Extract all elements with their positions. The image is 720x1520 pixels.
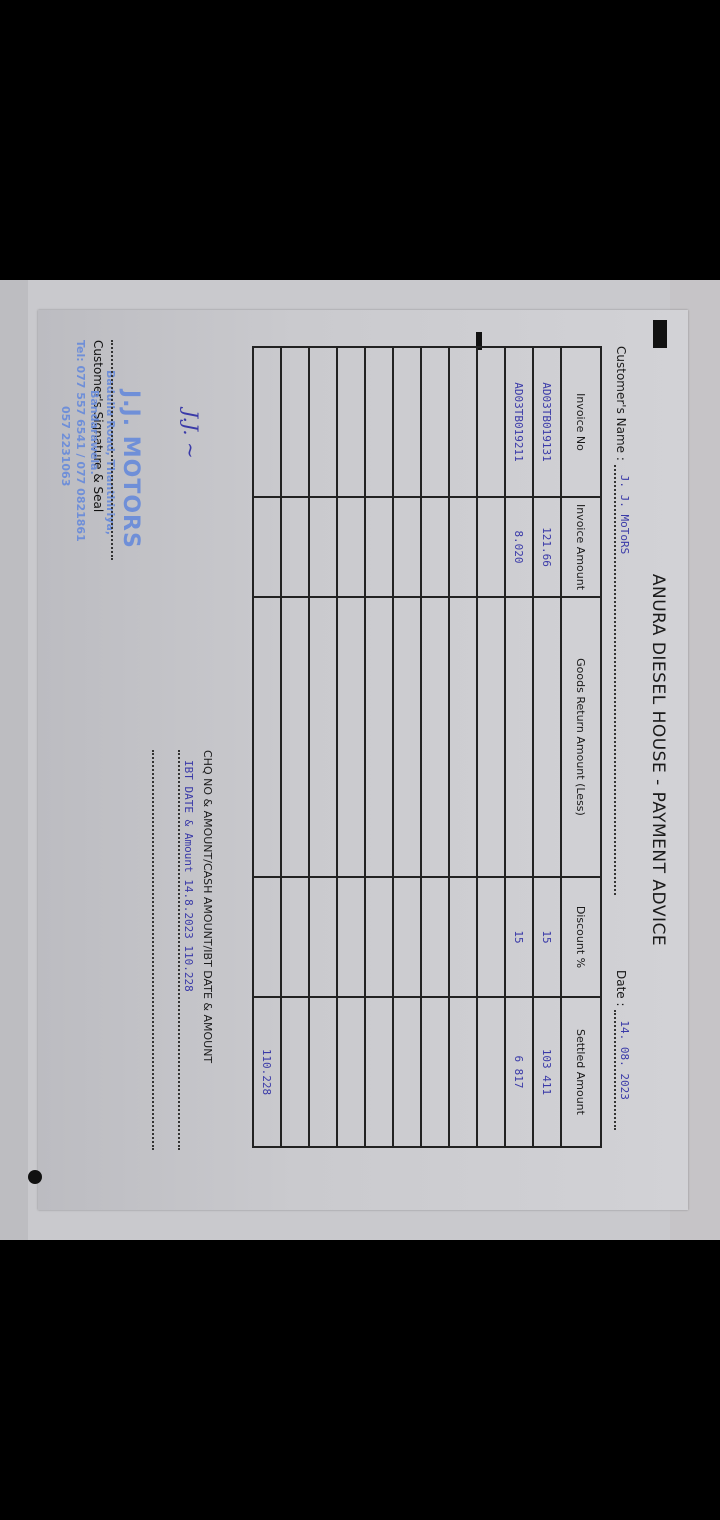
document-title: ANURA DIESEL HOUSE - PAYMENT ADVICE <box>648 310 668 1210</box>
document-photo: ANURA DIESEL HOUSE - PAYMENT ADVICE Cust… <box>0 280 720 1240</box>
table-cell <box>477 997 505 1147</box>
background-paper-left <box>0 280 28 1240</box>
header-invoice-no: Invoice No <box>561 347 601 497</box>
table-cell <box>449 497 477 597</box>
signature-line <box>111 340 113 560</box>
table-cell <box>477 497 505 597</box>
table-row <box>393 347 421 1147</box>
document-content: ANURA DIESEL HOUSE - PAYMENT ADVICE Cust… <box>38 310 688 1210</box>
table-cell <box>421 997 449 1147</box>
customer-name-row: Customer's Name : J. J. MoToRS <box>614 346 628 895</box>
table-cell: 8.020 <box>505 497 533 597</box>
table-cell <box>393 997 421 1147</box>
header-invoice-amount: Invoice Amount <box>561 497 601 597</box>
table-cell <box>337 497 365 597</box>
table-cell: 6 817 <box>505 997 533 1147</box>
table-cell <box>449 347 477 497</box>
table-cell <box>393 347 421 497</box>
payment-line-2 <box>152 750 168 1150</box>
table-cell <box>449 997 477 1147</box>
payment-line-1-value: IBT DATE & Amount 14.8.2023 110.228 <box>182 760 195 992</box>
table-cell <box>365 997 393 1147</box>
table-header-row: Invoice No Invoice Amount Goods Return A… <box>561 347 601 1147</box>
date-row: Date : 14. 08. 2023 <box>614 970 628 1130</box>
table-row: AD03TB0192118.020156 817 <box>505 347 533 1147</box>
table-cell <box>365 347 393 497</box>
header-discount: Discount % <box>561 877 601 997</box>
table-row <box>365 347 393 1147</box>
table-cell <box>337 347 365 497</box>
table-cell <box>253 347 281 497</box>
table-row <box>337 347 365 1147</box>
table-cell <box>477 597 505 877</box>
payment-line-1: IBT DATE & Amount 14.8.2023 110.228 <box>178 750 194 1150</box>
table-row: AD03TB019131121.6615103 411 <box>533 347 561 1147</box>
table-cell <box>477 347 505 497</box>
table-cell <box>421 877 449 997</box>
date-field: 14. 08. 2023 <box>614 1010 628 1130</box>
table-cell <box>337 597 365 877</box>
table-cell <box>281 497 309 597</box>
table-cell <box>309 347 337 497</box>
table-cell <box>393 597 421 877</box>
header-settled-amount: Settled Amount <box>561 997 601 1147</box>
table-cell: 103 411 <box>533 997 561 1147</box>
table-cell <box>477 877 505 997</box>
payment-advice-sheet: ANURA DIESEL HOUSE - PAYMENT ADVICE Cust… <box>38 310 688 1210</box>
table-cell <box>281 597 309 877</box>
table-cell <box>365 877 393 997</box>
signature-block: J.J. ~ J.J. MOTORS Badulla Road, Thanthi… <box>53 340 213 640</box>
table-cell: 15 <box>533 877 561 997</box>
total-settled-amount: 110.228 <box>253 997 281 1147</box>
table-cell <box>365 497 393 597</box>
table-cell: AD03TB019211 <box>505 347 533 497</box>
stamp-address-2: Bandarawela. <box>88 390 101 475</box>
table-cell <box>449 597 477 877</box>
date-value: 14. 08. 2023 <box>618 1020 631 1099</box>
table-cell <box>421 597 449 877</box>
table-row <box>477 347 505 1147</box>
table-cell <box>337 997 365 1147</box>
payment-method-label: CHQ NO & AMOUNT/CASH AMOUNT/IBT DATE & A… <box>201 750 214 1063</box>
customer-name-label: Customer's Name : <box>614 346 628 461</box>
table-cell <box>309 877 337 997</box>
date-label: Date : <box>614 970 628 1007</box>
customer-name-field: J. J. MoToRS <box>614 465 628 895</box>
table-row <box>281 347 309 1147</box>
handwritten-signature: J.J. ~ <box>179 410 203 459</box>
table-cell <box>393 497 421 597</box>
table-cell <box>281 877 309 997</box>
table-cell <box>393 877 421 997</box>
table-cell <box>281 347 309 497</box>
table-cell: 15 <box>505 877 533 997</box>
table-row <box>449 347 477 1147</box>
stamp-telephone-2: 057 2231063 <box>59 406 72 486</box>
table-cell <box>253 877 281 997</box>
table-row <box>421 347 449 1147</box>
table-cell <box>533 597 561 877</box>
stamp-name: J.J. MOTORS <box>118 390 143 549</box>
customer-name-value: J. J. MoToRS <box>618 475 631 554</box>
table-cell: 121.66 <box>533 497 561 597</box>
table-cell <box>309 597 337 877</box>
table-cell <box>421 497 449 597</box>
table-row: 110.228 <box>253 347 281 1147</box>
table-cell <box>337 877 365 997</box>
table-row <box>309 347 337 1147</box>
table-cell <box>309 997 337 1147</box>
table-cell <box>281 997 309 1147</box>
table-cell: AD03TB019131 <box>533 347 561 497</box>
header-goods-return: Goods Return Amount (Less) <box>561 597 601 877</box>
table-cell <box>365 597 393 877</box>
table-cell <box>253 597 281 877</box>
table-cell <box>505 597 533 877</box>
table-cell <box>309 497 337 597</box>
stamp-telephone-1: Tel: 077 557 6541 / 077 0821861 <box>74 340 87 542</box>
table-cell <box>421 347 449 497</box>
invoice-table: Invoice No Invoice Amount Goods Return A… <box>252 346 602 1148</box>
table-cell <box>253 497 281 597</box>
table-cell <box>449 877 477 997</box>
